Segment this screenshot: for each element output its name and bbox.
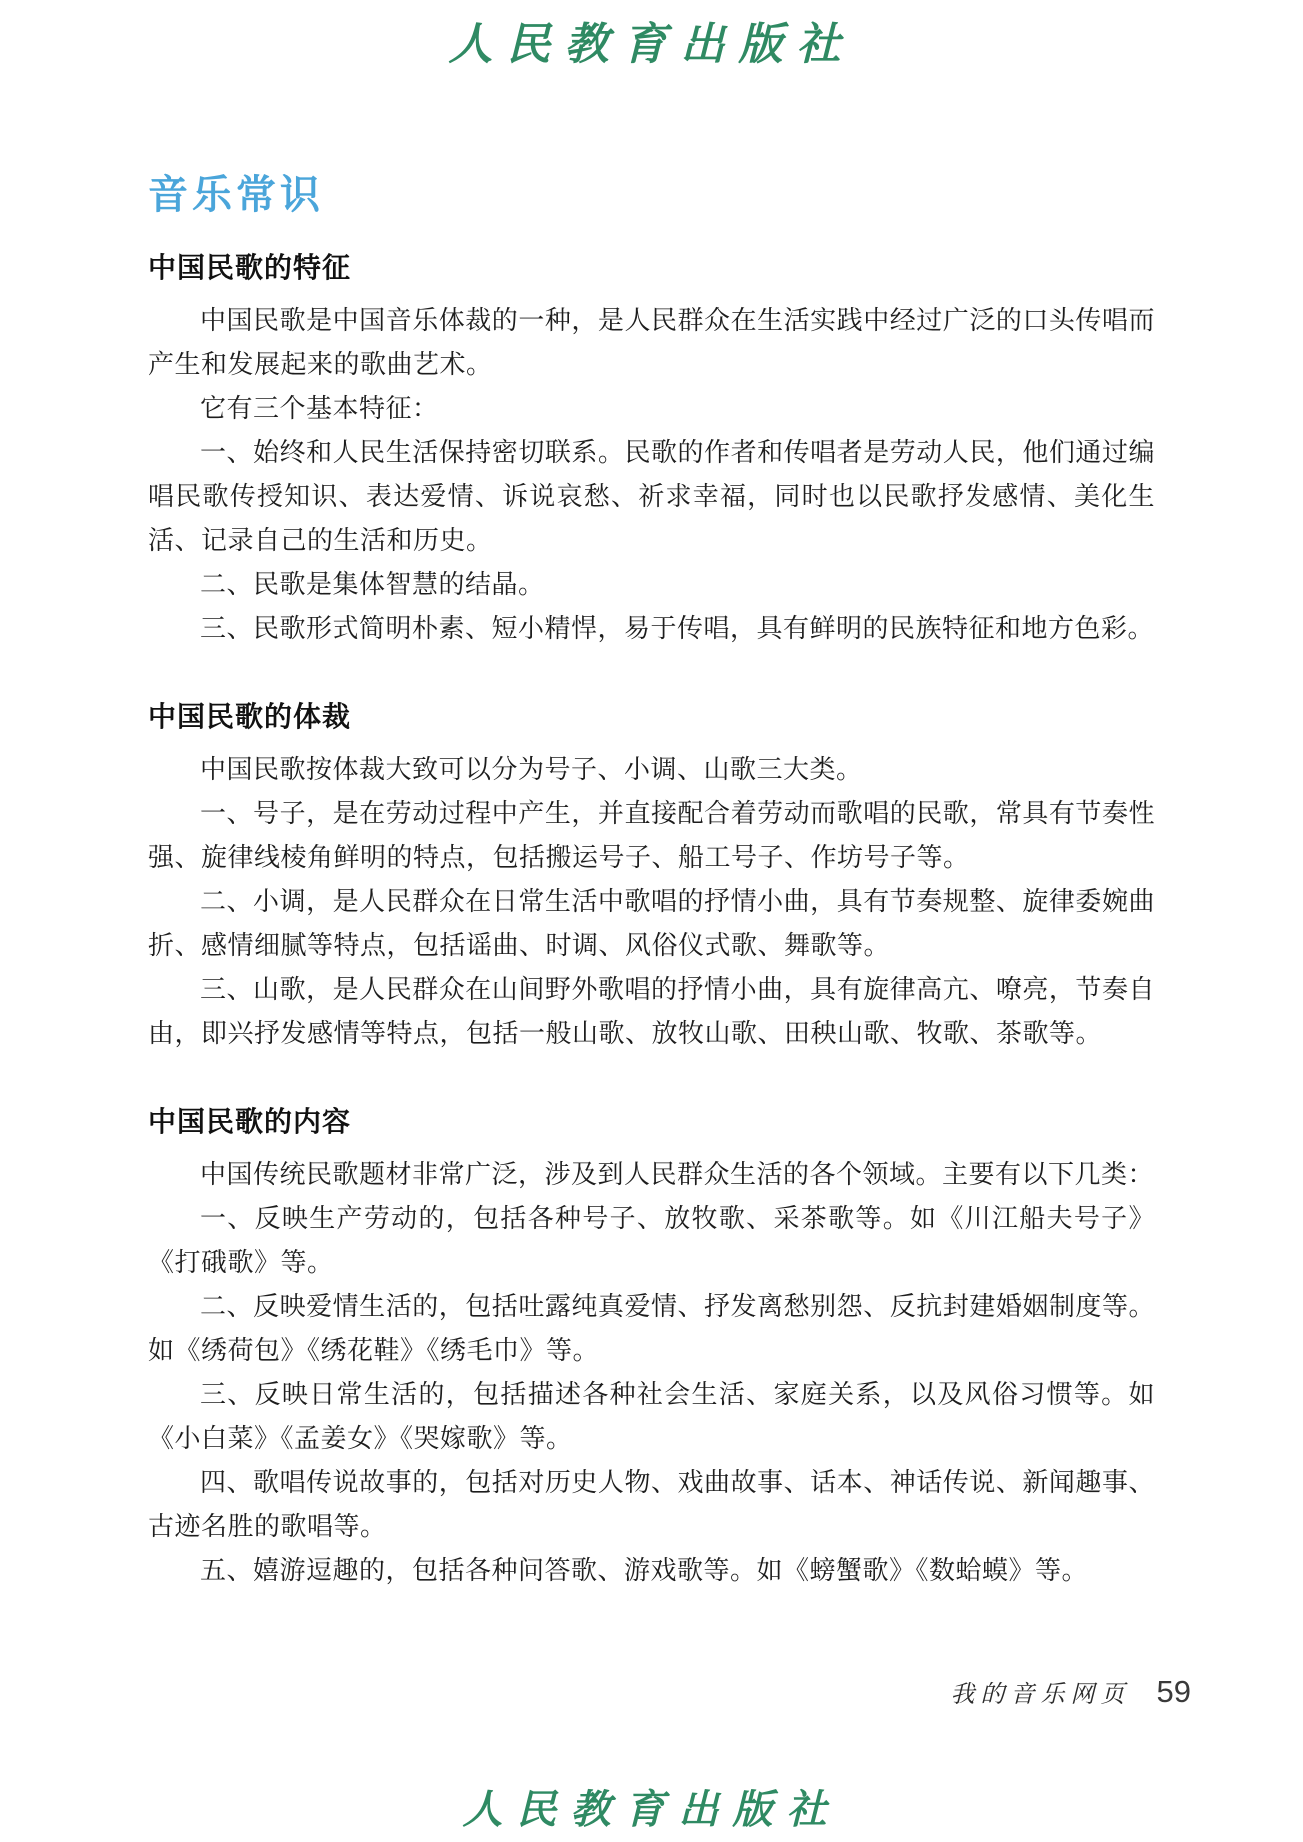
paragraph: 一、反映生产劳动的，包括各种号子、放牧歌、采茶歌等。如《川江船夫号子》《打硪歌》… [148, 1197, 1155, 1285]
paragraph: 中国民歌是中国音乐体裁的一种，是人民群众在生活实践中经过广泛的口头传唱而产生和发… [148, 299, 1155, 387]
publisher-logo-bottom: 人民教育出版社 [0, 1778, 1303, 1835]
footer-chapter-label: 我的音乐网页 [951, 1674, 1131, 1709]
paragraph: 三、山歌，是人民群众在山间野外歌唱的抒情小曲，具有旋律高亢、嘹亮，节奏自由，即兴… [148, 968, 1155, 1056]
paragraph: 中国民歌按体裁大致可以分为号子、小调、山歌三大类。 [148, 748, 1155, 792]
paragraph: 三、民歌形式简明朴素、短小精悍，易于传唱，具有鲜明的民族特征和地方色彩。 [148, 607, 1155, 651]
section-heading: 中国民歌的体裁 [148, 701, 1155, 733]
paragraph: 中国传统民歌题材非常广泛，涉及到人民群众生活的各个领域。主要有以下几类： [148, 1153, 1155, 1197]
paragraph: 五、嬉游逗趣的，包括各种问答歌、游戏歌等。如《螃蟹歌》《数蛤蟆》等。 [148, 1549, 1155, 1593]
section-heading: 中国民歌的特征 [148, 252, 1155, 284]
paragraph: 二、民歌是集体智慧的结晶。 [148, 563, 1155, 607]
paragraph: 二、反映爱情生活的，包括吐露纯真爱情、抒发离愁别怨、反抗封建婚姻制度等。如《绣荷… [148, 1285, 1155, 1373]
section-heading: 中国民歌的内容 [148, 1106, 1155, 1138]
paragraph: 三、反映日常生活的，包括描述各种社会生活、家庭关系，以及风俗习惯等。如《小白菜》… [148, 1373, 1155, 1461]
paragraph: 二、小调，是人民群众在日常生活中歌唱的抒情小曲，具有节奏规整、旋律委婉曲折、感情… [148, 880, 1155, 968]
page-title: 音乐常识 [148, 172, 1155, 218]
paragraph: 四、歌唱传说故事的，包括对历史人物、戏曲故事、话本、神话传说、新闻趣事、古迹名胜… [148, 1461, 1155, 1549]
section-folk-song-content: 中国民歌的内容 中国传统民歌题材非常广泛，涉及到人民群众生活的各个领域。主要有以… [148, 1106, 1155, 1593]
publisher-logo-top: 人民教育出版社 [0, 8, 1303, 72]
section-folk-song-features: 中国民歌的特征 中国民歌是中国音乐体裁的一种，是人民群众在生活实践中经过广泛的口… [148, 252, 1155, 651]
paragraph: 一、始终和人民生活保持密切联系。民歌的作者和传唱者是劳动人民，他们通过编唱民歌传… [148, 431, 1155, 563]
footer-page-number: 59 [1157, 1674, 1191, 1710]
page-footer: 我的音乐网页 59 [951, 1674, 1191, 1710]
textbook-page: 人民教育出版社 音乐常识 中国民歌的特征 中国民歌是中国音乐体裁的一种，是人民群… [0, 0, 1303, 1842]
paragraph: 一、号子，是在劳动过程中产生，并直接配合着劳动而歌唱的民歌，常具有节奏性强、旋律… [148, 792, 1155, 880]
page-content: 音乐常识 中国民歌的特征 中国民歌是中国音乐体裁的一种，是人民群众在生活实践中经… [148, 172, 1155, 1593]
section-folk-song-genres: 中国民歌的体裁 中国民歌按体裁大致可以分为号子、小调、山歌三大类。 一、号子，是… [148, 701, 1155, 1056]
paragraph: 它有三个基本特征： [148, 387, 1155, 431]
